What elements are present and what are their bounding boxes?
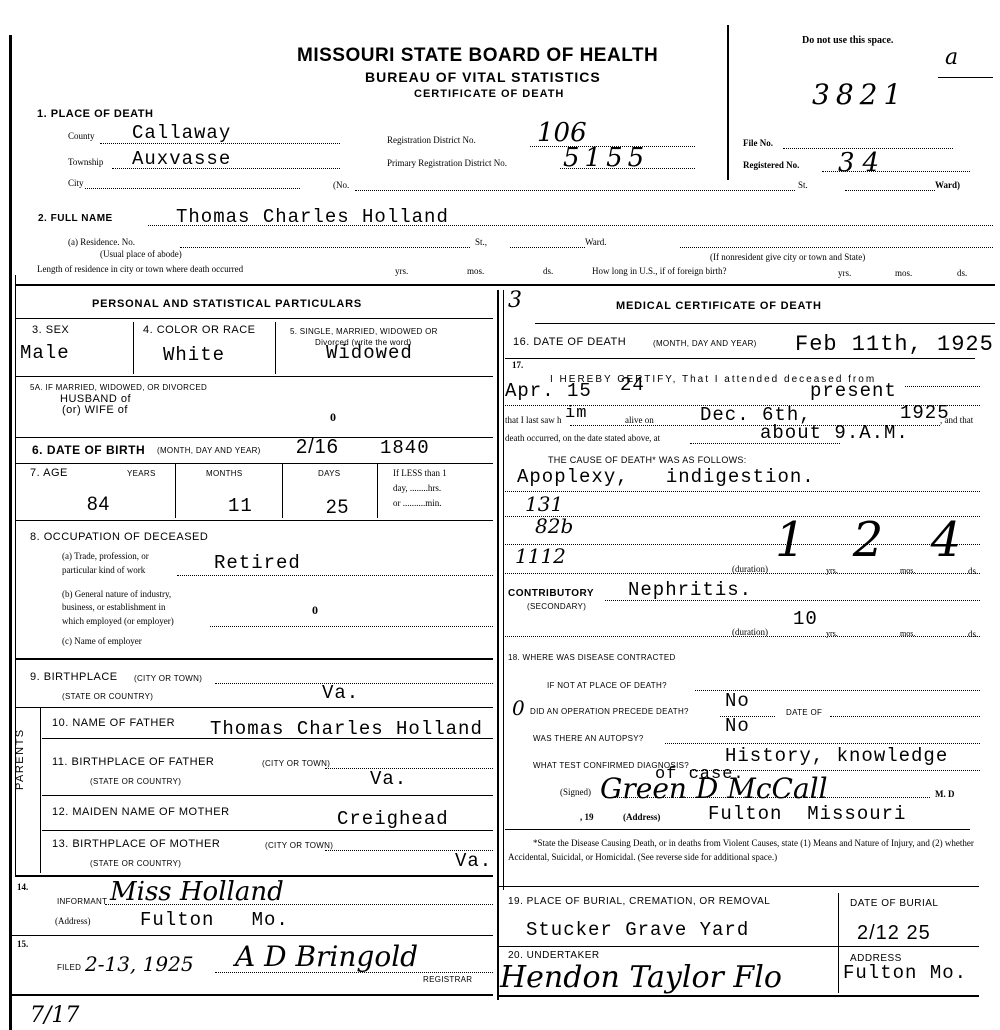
length-yrs: yrs. <box>395 266 408 276</box>
full-name-value: Thomas Charles Holland <box>176 206 449 228</box>
certify-line <box>905 386 980 387</box>
months-label: Months <box>206 469 242 478</box>
registrar-signature: A D Bringold <box>235 940 418 973</box>
length-residence-label: Length of residence in city or town wher… <box>37 264 243 274</box>
death-occurred-label: death occurred, on the date stated above… <box>505 433 660 443</box>
registered-no-value: 34 <box>838 148 887 178</box>
primary-reg-district-label: Primary Registration District No. <box>387 158 507 168</box>
cause-yrs: yrs. <box>826 566 838 575</box>
margin-mark: 3 <box>508 288 522 313</box>
occ-a-line <box>177 575 493 576</box>
length-mos: mos. <box>467 266 484 276</box>
less-label-1: If LESS than 1 <box>393 468 447 478</box>
filed-num: 15. <box>17 939 28 949</box>
father-bp-state-label: (State or country) <box>90 777 181 786</box>
parents-divider <box>40 708 41 873</box>
marital-value: Widowed <box>326 342 413 364</box>
dod-sub: (month, day and year) <box>653 339 757 348</box>
st-label: St. <box>798 180 808 190</box>
years-label: Years <box>127 469 156 478</box>
cause-label: THE CAUSE OF DEATH* was as follows: <box>548 455 747 465</box>
age-col-3 <box>377 464 378 518</box>
registrar-label: Registrar <box>423 975 472 984</box>
father-bp-line <box>325 768 493 769</box>
age-years: 84 <box>87 494 110 516</box>
sex-value: Male <box>20 342 70 364</box>
death-time: about 9.A.M. <box>760 422 909 444</box>
cause-line-1 <box>505 491 980 492</box>
usual-abode: (Usual place of abode) <box>100 249 182 259</box>
attended-from: Apr. 15 <box>505 380 592 402</box>
county-label: County <box>68 131 95 141</box>
burial-divider <box>838 893 839 993</box>
race-value: White <box>163 344 225 366</box>
dob-year: 1840 <box>380 437 430 459</box>
foreign-yrs: yrs. <box>838 268 851 278</box>
date-of-label: Date of <box>786 708 822 717</box>
less-label-2: day, ........hrs. <box>393 483 441 493</box>
office-number: 3821 <box>812 78 907 111</box>
occ-a-1: (a) Trade, profession, or <box>62 551 149 561</box>
left-border <box>9 35 12 1030</box>
contributory-duration: 10 <box>793 608 818 630</box>
date-of-line <box>830 716 980 717</box>
last-saw-pronoun: im <box>565 404 587 423</box>
contributory-label: CONTRIBUTORY <box>508 588 594 599</box>
informant-address: Fulton Mo. <box>140 909 289 931</box>
registered-no-label: Registered No. <box>743 160 799 170</box>
birthplace-label: 9. BIRTHPLACE <box>30 671 118 683</box>
birthplace-value: Va. <box>322 682 359 704</box>
place-of-death-label: 1. PLACE OF DEATH <box>37 108 153 120</box>
operation-mark: 0 <box>512 696 525 720</box>
row18-rule <box>505 829 970 830</box>
length-ds: ds. <box>543 266 553 276</box>
cause-value: Apoplexy, indigestion. <box>517 466 815 488</box>
occupation-value: Retired <box>214 552 301 574</box>
mother-value: Creighead <box>337 808 449 830</box>
less-label-3: or ..........min. <box>393 498 442 508</box>
coded-mark: 1 2 4 <box>775 512 977 568</box>
autopsy-label: Was there an autopsy? <box>533 734 644 743</box>
footer-note: 7/17 <box>30 1003 79 1028</box>
father-bp-sub: (city or town) <box>262 759 330 768</box>
physician-signature: Green D McCall <box>600 772 828 805</box>
operation-value: No <box>725 690 750 712</box>
spouse-label-1: 5a. If Married, Widowed, or Divorced <box>30 383 207 392</box>
dod-label: 16. DATE OF DEATH <box>513 336 626 348</box>
cause-footnote: *State the Disease Causing Death, or in … <box>508 836 978 864</box>
autopsy-value: No <box>725 715 750 737</box>
cause-ds: ds. <box>968 566 978 576</box>
contrib-yrs: yrs. <box>826 629 838 638</box>
burial-place-value: Stucker Grave Yard <box>526 919 749 941</box>
burial-bottom-rule <box>499 995 979 997</box>
medical-section-title: MEDICAL CERTIFICATE OF DEATH <box>616 300 822 312</box>
cause-code-2: 82b <box>535 514 573 538</box>
sex-label: 3. SEX <box>32 324 69 336</box>
form-subtitle: BUREAU OF VITAL STATISTICS <box>365 69 601 85</box>
foreign-ds: ds. <box>957 268 967 278</box>
parents-side-label: PARENTS <box>14 728 26 790</box>
personal-section-title: PERSONAL AND STATISTICAL PARTICULARS <box>92 298 362 310</box>
center-divider <box>497 290 499 1000</box>
cause-mos: mos. <box>900 566 915 575</box>
marital-label: 5. Single, Married, Widowed or <box>290 327 438 336</box>
row6-rule <box>15 463 493 464</box>
file-no-label: File No. <box>743 138 773 148</box>
medical-heading-rule <box>535 323 995 324</box>
row7-rule <box>15 520 493 521</box>
informant-num: 14. <box>17 882 28 892</box>
cause-code-1: 131 <box>525 492 563 516</box>
operation-label: Did an operation precede death? <box>530 707 689 716</box>
mother-bp-state-label: (State or country) <box>90 859 181 868</box>
personal-heading-rule <box>15 318 493 319</box>
spouse-value: 0 <box>330 410 336 425</box>
residence-ward-line <box>510 247 585 248</box>
ward-label: Ward) <box>935 180 960 190</box>
dob-sub: (month, day and year) <box>157 446 261 455</box>
physician-address: Fulton Missouri <box>708 803 906 825</box>
occ-b-3: which employed (or employer) <box>62 616 174 626</box>
city-label: City <box>68 178 84 188</box>
contrib-mos: mos. <box>900 629 915 638</box>
foreign-mos: mos. <box>895 268 912 278</box>
residence-label: (a) Residence. No. <box>68 237 135 247</box>
contrib-ds: ds. <box>968 629 978 639</box>
filed-date: 2-13, 1925 <box>85 952 194 976</box>
row10-rule <box>42 738 493 739</box>
age-days: 25 <box>326 497 349 519</box>
race-marital-divider <box>275 322 276 374</box>
occ-b-1: (b) General nature of industry, <box>62 589 171 599</box>
residence-ward: Ward. <box>585 237 607 247</box>
birthplace-sub: (city or town) <box>134 674 202 683</box>
occ-b-2: business, or establishment in <box>62 602 166 612</box>
center-divider-inner <box>503 290 504 890</box>
autopsy-line <box>665 743 980 744</box>
informant-label: Informant <box>57 897 107 906</box>
row12-rule <box>42 830 493 831</box>
city-line <box>85 188 300 189</box>
sex-race-divider <box>133 322 134 374</box>
not-at-place-label: if not at place of death? <box>547 681 667 690</box>
alive-on-label: alive on <box>625 415 654 425</box>
occ-b-line <box>210 626 493 627</box>
birthplace-state-label: (State or country) <box>62 692 153 701</box>
burial-date-value: 2/12 25 <box>857 922 931 945</box>
age-col-2 <box>282 464 283 518</box>
cause-code-3: 1112 <box>515 544 566 568</box>
undertaker-signature: Hendon Taylor Flo <box>500 960 782 995</box>
days-label: Days <box>318 469 340 478</box>
row3-rule <box>15 376 493 377</box>
form-name: CERTIFICATE OF DEATH <box>414 88 564 100</box>
filed-bottom-rule <box>10 994 493 996</box>
burial-place-label: 19. PLACE OF BURIAL, CREMATION, OR REMOV… <box>508 896 770 907</box>
row9-rule <box>15 707 493 708</box>
row19-rule <box>499 946 979 947</box>
occ-c: (c) Name of employer <box>62 636 142 646</box>
burial-address-value: Fulton Mo. <box>843 962 967 984</box>
office-suffix: a <box>945 45 958 70</box>
dob-label: 6. DATE OF BIRTH <box>32 443 145 457</box>
age-label: 7. AGE <box>30 467 68 479</box>
md-label: M. D <box>935 789 955 799</box>
row16-rule <box>505 358 975 359</box>
mother-bp-value: Va. <box>455 850 492 872</box>
nonresident-line <box>680 247 993 248</box>
primary-reg-district-value: 5155 <box>563 143 649 173</box>
occupation-label: 8. OCCUPATION OF DECEASED <box>30 531 208 543</box>
nonresident-note: (If nonresident give city or town and St… <box>710 252 865 262</box>
reg-district-label: Registration District No. <box>387 135 476 145</box>
county-value: Callaway <box>132 122 231 144</box>
physician-address-label: (Address) <box>623 812 660 822</box>
father-label: 10. NAME OF FATHER <box>52 717 175 729</box>
and-that: , and that <box>940 415 973 425</box>
industry-value: 0 <box>312 603 318 618</box>
signed-label: (Signed) <box>560 787 591 797</box>
mother-bp-sub: (city or town) <box>265 841 333 850</box>
divider-top-sections <box>15 284 995 286</box>
full-name-label: 2. FULL NAME <box>38 213 113 224</box>
office-note: Do not use this space. <box>802 35 893 46</box>
attended-year: 24 <box>620 374 645 396</box>
form-title: MISSOURI STATE BOARD OF HEALTH <box>297 45 658 67</box>
contributory-line <box>605 600 980 601</box>
header-divider <box>727 25 729 180</box>
dod-value: Feb 11th, 1925 <box>795 332 994 357</box>
occ-a-2: particular kind of work <box>62 565 145 575</box>
attended-to: present <box>810 380 897 402</box>
mother-label: 12. MAIDEN NAME OF MOTHER <box>52 806 230 818</box>
contracted-label: 18. Where was disease contracted <box>508 653 676 662</box>
cert-num: 17. <box>512 360 523 370</box>
contributory-value: Nephritis. <box>628 579 752 601</box>
test-value: History, knowledge <box>725 745 948 767</box>
residence-line <box>180 247 470 248</box>
no-label: (No. <box>333 180 349 190</box>
ward-line <box>845 190 935 191</box>
secondary-label: (secondary) <box>527 602 586 611</box>
street-line <box>355 190 795 191</box>
spouse-label-3: (or) WIFE of <box>62 404 128 416</box>
row14-rule <box>10 935 493 936</box>
foreign-birth-label: How long in U.S., if of foreign birth? <box>592 266 726 276</box>
footnote-rule <box>499 886 979 887</box>
office-suffix-underline <box>938 77 993 78</box>
residence-st: St., <box>475 237 487 247</box>
informant-value: Miss Holland <box>110 877 284 907</box>
race-label: 4. COLOR OR RACE <box>143 324 256 336</box>
dob-value: 2/16 <box>296 436 339 459</box>
row8-rule <box>15 658 493 660</box>
cause-duration-label: (duration) <box>732 564 768 574</box>
last-saw-label: that I last saw h <box>505 415 562 425</box>
township-label: Township <box>68 157 103 167</box>
age-months: 11 <box>228 495 253 517</box>
row11-rule <box>42 795 493 796</box>
father-bp-label: 11. BIRTHPLACE OF FATHER <box>52 756 214 768</box>
burial-date-label: DATE OF BURIAL <box>850 898 939 909</box>
signed-line <box>605 797 930 798</box>
mother-bp-label: 13. BIRTHPLACE OF MOTHER <box>52 838 220 850</box>
informant-address-label: (Address) <box>55 916 91 926</box>
age-col-1 <box>175 464 176 518</box>
contrib-duration-label: (duration) <box>732 627 768 637</box>
father-bp-value: Va. <box>370 768 407 790</box>
township-value: Auxvasse <box>132 148 231 170</box>
filed-label: Filed <box>57 963 81 972</box>
year-label: , 19 <box>580 812 594 822</box>
father-value: Thomas Charles Holland <box>210 718 483 740</box>
